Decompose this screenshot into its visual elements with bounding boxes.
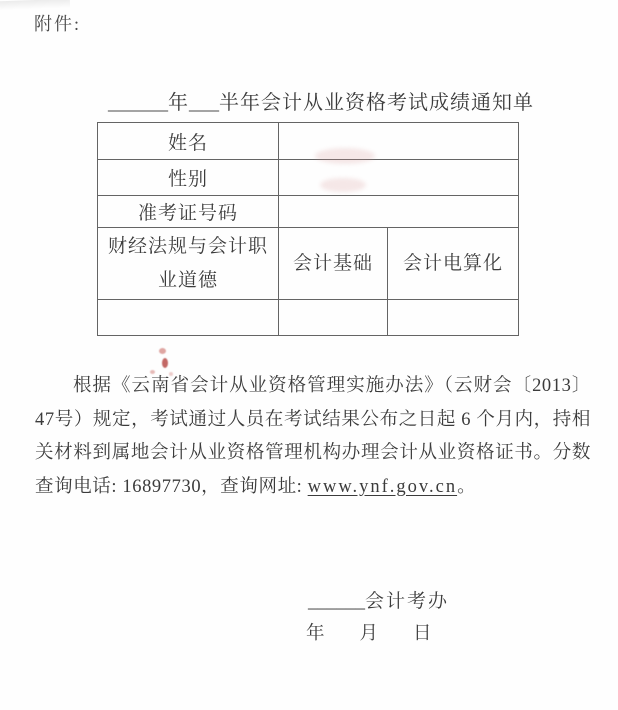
body-paragraph: 根据《云南省会计从业资格管理实施办法》（云财会〔2013〕47号）规定，考试通过… xyxy=(35,370,591,504)
score-cell-1 xyxy=(98,300,279,336)
signature-line: ______会计考办 xyxy=(308,586,449,613)
form-title: ______年___半年会计从业资格考试成绩通知单 xyxy=(12,86,618,115)
signature-blank: ______ xyxy=(308,591,365,612)
table-row-ticket-number: 准考证号码 xyxy=(98,196,519,228)
ticket-number-value-cell xyxy=(279,196,519,228)
gender-value-cell xyxy=(279,160,519,196)
table-row-name: 姓名 xyxy=(98,123,519,160)
score-cell-2 xyxy=(279,300,388,336)
date-year-label: 年 xyxy=(306,619,325,645)
date-month-label: 月 xyxy=(360,619,379,645)
subject-accounting-basics: 会计基础 xyxy=(279,228,388,300)
title-text: 半年会计从业资格考试成绩通知单 xyxy=(219,92,534,114)
date-day-label: 日 xyxy=(413,619,432,645)
red-ink-artifact xyxy=(162,358,168,368)
date-line: 年月日 xyxy=(306,619,432,645)
name-label: 姓名 xyxy=(98,123,279,160)
table-row-scores xyxy=(98,300,519,336)
title-half-blank: ___ xyxy=(189,92,219,114)
table-row-subjects: 财经法规与会计职业道德 会计基础 会计电算化 xyxy=(98,228,519,300)
subject-regulations-ethics: 财经法规与会计职业道德 xyxy=(98,228,279,300)
table-row-gender: 性别 xyxy=(98,160,519,196)
score-cell-3 xyxy=(388,300,519,336)
red-ink-artifact xyxy=(159,348,166,354)
exam-office-label: 会计考办 xyxy=(365,591,449,612)
title-year-blank: ______ xyxy=(108,92,168,114)
gender-label: 性别 xyxy=(98,160,279,196)
name-value-cell xyxy=(279,123,519,160)
ticket-number-label: 准考证号码 xyxy=(98,196,279,228)
body-text-end: 。 xyxy=(457,477,476,497)
title-year-label: 年 xyxy=(168,92,189,114)
score-table: 姓名 性别 准考证号码 财经法规与会计职业道德 会计基础 会计电算化 xyxy=(97,122,519,336)
attachment-label: 附件: xyxy=(34,10,81,36)
scanned-document-page: 附件: ______年___半年会计从业资格考试成绩通知单 姓名 性别 准考证号… xyxy=(0,0,618,710)
scan-smudge xyxy=(0,0,70,10)
query-website-url: www.ynf.gov.cn xyxy=(308,477,457,497)
subject-computerized-accounting: 会计电算化 xyxy=(388,228,519,300)
